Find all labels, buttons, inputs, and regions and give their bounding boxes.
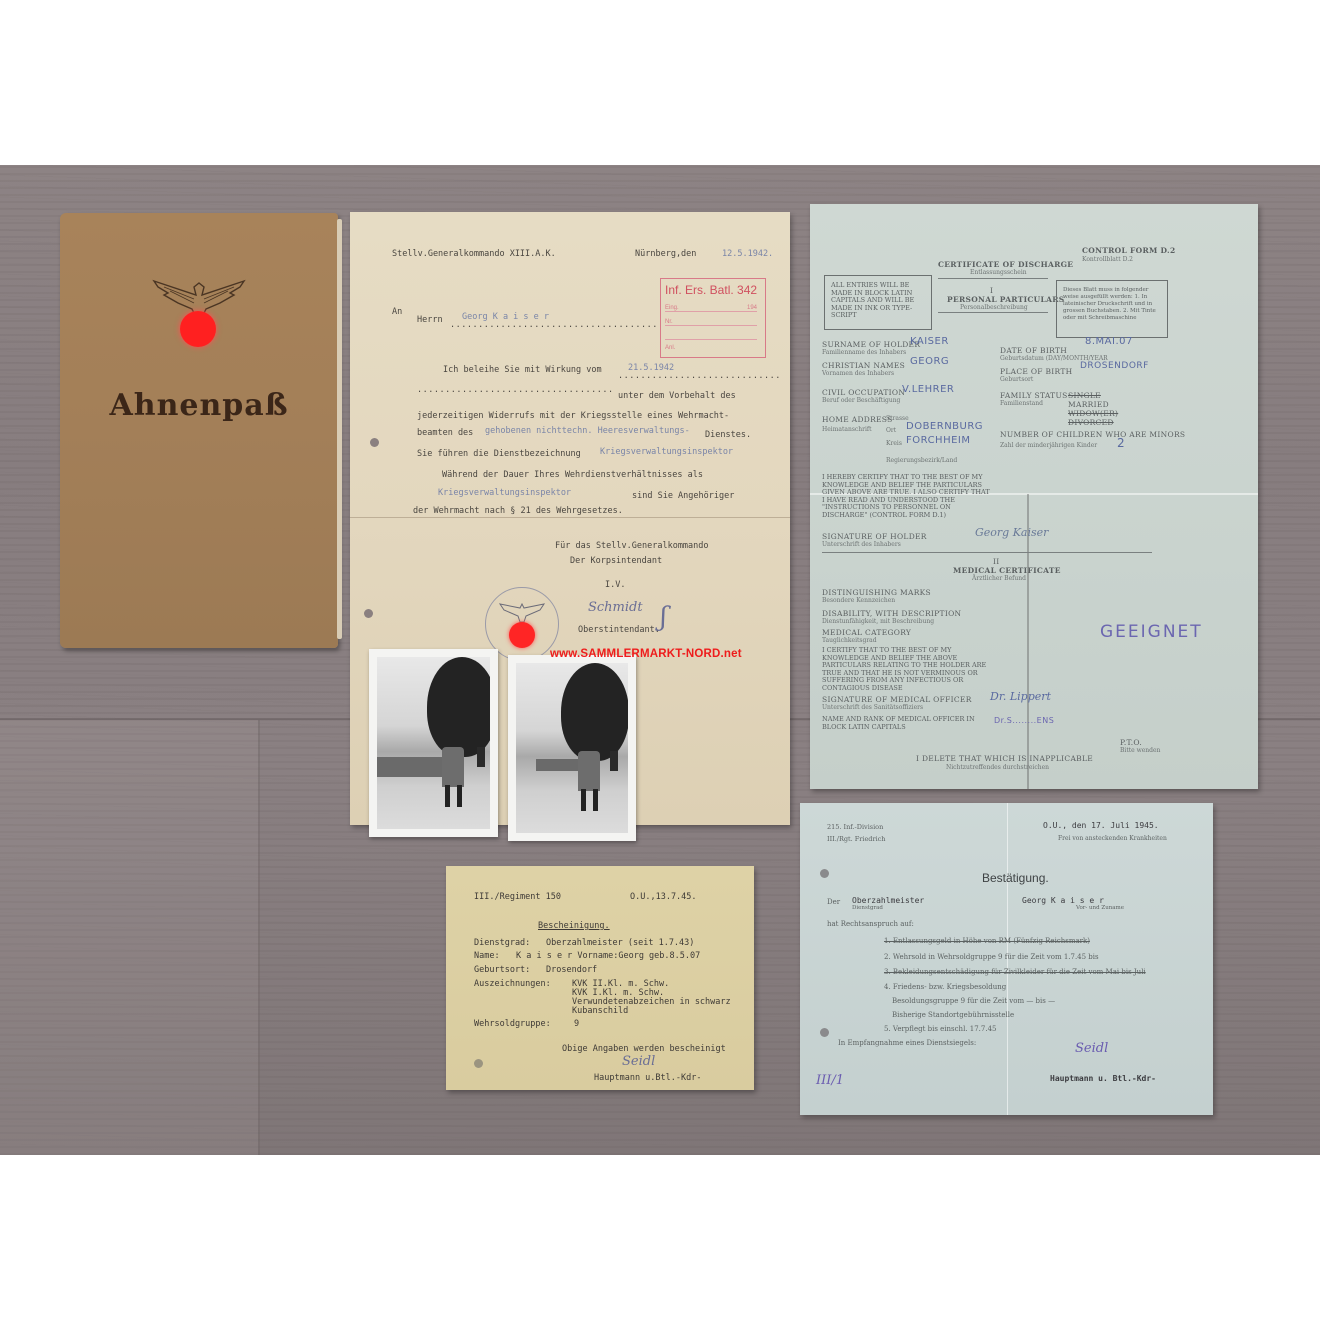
signature-medical-label-de: Unterschrift des Sanitätsoffiziers [822, 704, 923, 711]
obscured-emblem-dot [180, 311, 216, 347]
field-value-surname: KAISER [910, 336, 949, 347]
card-certify: Obige Angaben werden bescheinigt [562, 1044, 726, 1054]
medical-officer-signature: Dr. Lippert [990, 690, 1051, 703]
card-row-value: K a i s e r Vorname:Georg geb.8.5.07 [516, 951, 700, 961]
photo-soldier-2 [508, 655, 636, 841]
letter-body-line: jederzeitigen Widerrufs mit der Kriegsst… [417, 411, 729, 421]
rule [938, 312, 1048, 313]
letter-closing: I.V. [605, 580, 625, 590]
paper-fold [350, 517, 790, 518]
medical-field-label: MEDICAL CATEGORY [822, 628, 911, 637]
page-edges [337, 219, 342, 639]
best-title: Bestätigung. [982, 871, 1049, 885]
field-label-de: Familienstand [1000, 400, 1043, 407]
signature-holder-label: SIGNATURE OF HOLDER [822, 532, 927, 541]
battalion-receipt-stamp: Inf. Ers. Batl. 342 Eing.194 Nr. Anl. [660, 278, 766, 358]
pto-de: Bitte wenden [1120, 747, 1160, 754]
section-personal: PERSONAL PARTICULARS [947, 295, 1064, 304]
card-row-value: Kubanschild [572, 1006, 628, 1016]
delete-note-de: Nichtzutreffendes durchstreichen [946, 764, 1049, 771]
medical-field-label: DISTINGUISHING MARKS [822, 588, 931, 597]
instructions-text: ALL ENTRIES WILL BE MADE IN BLOCK LATIN … [831, 282, 925, 320]
field-label: FAMILY STATUS [1000, 391, 1068, 400]
boot [581, 789, 586, 811]
card-row-label: Auszeichnungen: [474, 979, 551, 989]
letter-date: 12.5.1942. [722, 249, 773, 259]
punch-hole [370, 438, 379, 447]
field-label: SURNAME OF HOLDER [822, 340, 920, 349]
best-place-date: O.U., den 17. Juli 1945. [1043, 821, 1159, 830]
instructions-box: ALL ENTRIES WILL BE MADE IN BLOCK LATIN … [824, 275, 932, 330]
german-instructions-text: Dieses Blatt muss in folgender weise aus… [1063, 287, 1161, 322]
section-number: I [990, 286, 993, 295]
field-value-dob: 8.MAI.07 [1085, 336, 1133, 347]
name-rank-value: Dr.S........ENS [994, 716, 1054, 725]
boot [445, 785, 450, 807]
card-row-label: Wehrsoldgruppe: [474, 1019, 551, 1029]
best-entitled: hat Rechtsanspruch auf: [827, 920, 914, 928]
best-item: Besoldungsgruppe 9 für die Zeit vom — bi… [892, 997, 1055, 1005]
letter-job-title-2: Kriegsverwaltungsinspektor [438, 488, 571, 498]
delete-note: I DELETE THAT WHICH IS INAPPLICABLE [916, 754, 1093, 763]
field-label-de: Beruf oder Beschäftigung [822, 397, 900, 404]
best-der: Der [827, 898, 840, 906]
rule [938, 278, 1048, 279]
best-rank-label: Dienstgrad [852, 905, 883, 911]
dotted-line: ................................... [417, 385, 614, 395]
letter-signer-title: Oberstintendant. [578, 625, 660, 635]
best-item: 5. Verpflegt bis einschl. 17.7.45 [884, 1025, 996, 1033]
card-signer: Hauptmann u.Btl.-Kdr- [594, 1073, 701, 1083]
field-label: CIVIL OCCUPATION [822, 388, 905, 397]
field-label: PLACE OF BIRTH [1000, 367, 1073, 376]
card-title: Bescheinigung. [538, 921, 610, 931]
discharge-title: CERTIFICATE OF DISCHARGE [938, 260, 1073, 269]
punch-hole [364, 609, 373, 618]
stamp-title: Inf. Ers. Batl. 342 [665, 283, 757, 297]
tree-trunk [610, 751, 618, 771]
best-rank: Oberzahlmeister [852, 896, 924, 905]
best-item: 1. Entlassungsgeld in Höhe von RM (Fünfz… [884, 937, 1090, 945]
german-instructions-box: Dieses Blatt muss in folgender weise aus… [1056, 280, 1168, 338]
medical-field-label-de: Tauglichkeitsgrad [822, 637, 877, 644]
best-name-label: Vor- und Zuname [1076, 905, 1124, 911]
letter-signature: Schmidt [588, 600, 643, 615]
letter-body-line: der Wehrmacht nach § 21 des Wehrgesetzes… [413, 506, 623, 516]
card-row-value: Oberzahlmeister (seit 1.7.43) [546, 938, 694, 948]
eagle-seal-icon [496, 602, 548, 624]
discharge-title-de: Entlassungsschein [970, 269, 1027, 276]
bestaetigung-document: 215. Inf.-Division III./Rgt. Friedrich O… [800, 803, 1213, 1115]
section-medical: MEDICAL CERTIFICATE [953, 566, 1061, 575]
photo-image [516, 663, 628, 833]
best-regiment: III./Rgt. Friedrich [827, 835, 885, 843]
field-value-address: DOBERNBURG FORCHHEIM [906, 420, 996, 448]
best-signer: Hauptmann u. Btl.-Kdr- [1050, 1074, 1156, 1083]
field-label-de: Familienname des Inhabers [822, 349, 906, 356]
field-label: CHRISTIAN NAMES [822, 361, 905, 370]
best-item: 2. Wehrsold in Wehrsoldgruppe 9 für die … [884, 953, 1099, 961]
medical-field-label-de: Dienstunfähigkeit, mit Beschreibung [822, 618, 934, 625]
tree [427, 657, 490, 757]
punch-hole [474, 1059, 483, 1068]
field-label-de: Heimatanschrift [822, 426, 872, 433]
field-label: NUMBER OF CHILDREN WHO ARE MINORS [1000, 430, 1185, 439]
dotted-line: ............................. [618, 371, 781, 381]
letter-body-line: Dienstes. [705, 430, 751, 440]
letter-job-title: Kriegsverwaltungsinspektor [600, 447, 733, 457]
card-row-value: 9 [574, 1019, 579, 1029]
booklet-title: Ahnenpaß [60, 388, 338, 423]
stamp-line: Anl. [665, 345, 757, 351]
field-label-de: Geburtsort [1000, 376, 1033, 383]
letter-place-label: Nürnberg,den [635, 249, 696, 259]
field-value-occupation: V.LEHRER [902, 384, 954, 395]
field-label-de: Vornamen des Inhabers [822, 370, 894, 377]
card-unit: III./Regiment 150 [474, 892, 561, 902]
name-rank-label: NAME AND RANK OF MEDICAL OFFICER IN BLOC… [822, 716, 982, 731]
field-value-christian-names: GEORG [910, 356, 949, 367]
dotted-line: ..................................... [450, 320, 658, 330]
best-signature: Seidl [1075, 1041, 1108, 1056]
signature-flourish: ʃ [660, 602, 667, 632]
soldier-figure [442, 747, 464, 787]
address-line-label: Ort [886, 427, 896, 434]
field-value-place-of-birth: DROSENDORF [1080, 361, 1149, 371]
tree-trunk [477, 747, 485, 767]
ahnenpass-booklet: Ahnenpaß [60, 213, 338, 648]
field-value-children: 2 [1117, 436, 1125, 450]
seller-watermark: www.SAMMLERMARKT-NORD.net [550, 648, 742, 660]
card-place-date: O.U.,13.7.45. [630, 892, 697, 902]
field-label: DATE OF BIRTH [1000, 346, 1067, 355]
best-item: 3. Bekleidungsentschädigung für Zivilkle… [884, 968, 1146, 976]
punch-hole [820, 1028, 829, 1037]
letter-body-line: Ich beleihe Sie mit Wirkung vom [443, 365, 602, 375]
family-option-selected: MARRIED [1068, 400, 1109, 409]
holder-certification: I HEREBY CERTIFY THAT TO THE BEST OF MY … [822, 474, 992, 519]
plank-highlight [0, 720, 260, 1155]
letter-body-line: Während der Dauer Ihres Wehrdienstverhäl… [442, 470, 703, 480]
letter-closing: Für das Stellv.Generalkommando [555, 541, 709, 551]
best-receipt: In Empfangnahme eines Dienstsiegels: [838, 1039, 976, 1047]
soldier-figure [578, 751, 600, 791]
field-label: HOME ADDRESS [822, 415, 893, 424]
signature-holder-label-de: Unterschrift des Inhabers [822, 541, 901, 548]
section-medical-de: Ärztlicher Befund [972, 575, 1026, 582]
letter-closing: Der Korpsintendant [570, 556, 662, 566]
boot [593, 789, 598, 811]
stamp-line: Eing.194 [665, 305, 757, 312]
control-form: CONTROL FORM D.2 [1082, 246, 1175, 255]
medical-field-label: DISABILITY, WITH DESCRIPTION [822, 609, 961, 618]
bescheinigung-card: III./Regiment 150 O.U.,13.7.45. Beschein… [446, 866, 754, 1090]
letter-sender: Stellv.Generalkommando XIII.A.K. [392, 249, 556, 259]
punch-hole [820, 869, 829, 878]
photo-image [377, 657, 490, 829]
stamp-line [665, 333, 757, 340]
certificate-of-discharge: CONTROL FORM D.2 Kontrollblatt D.2 CERTI… [810, 204, 1258, 789]
card-signature: Seidl [622, 1054, 655, 1069]
signature-medical-label: SIGNATURE OF MEDICAL OFFICER [822, 695, 972, 704]
letter-body-line: Sie führen die Dienstbezeichnung [417, 449, 581, 459]
address-line-label: Regierungsbezirk/Land [886, 457, 957, 464]
field-label-de: Zahl der minderjährigen Kinder [1000, 442, 1097, 449]
best-handwritten-mark: III/1 [816, 1073, 844, 1088]
medical-certification: I CERTIFY THAT TO THE BEST OF MY KNOWLED… [822, 647, 992, 692]
hedge [377, 757, 447, 777]
best-division: 215. Inf.-Division [827, 823, 883, 831]
boot [457, 785, 462, 807]
pto: P.T.O. [1120, 738, 1142, 747]
letter-service-type: gehobenen nichttechn. Heeresverwaltungs- [485, 426, 690, 436]
holder-signature: Georg Kaiser [975, 526, 1048, 539]
letter-body-line: sind Sie Angehöriger [632, 491, 734, 501]
letter-to: An [392, 307, 402, 317]
family-option: WIDOW(ER) [1068, 409, 1118, 418]
family-option: DIVORCED [1068, 418, 1114, 427]
rule [822, 552, 1152, 553]
section-personal-de: Personalbeschreibung [960, 304, 1028, 311]
letter-body-line: unter dem Vorbehalt des [618, 391, 736, 401]
stamp-line: Nr. [665, 319, 757, 326]
family-option: SINGLE [1068, 391, 1101, 400]
address-line-label: Kreis [886, 440, 902, 447]
best-free-note: Frei von ansteckenden Krankheiten [1058, 835, 1167, 842]
card-row-label: Name: [474, 951, 500, 961]
section-number: II [993, 557, 1000, 566]
card-row-label: Geburtsort: [474, 965, 530, 975]
obscured-emblem-dot [509, 622, 535, 648]
card-row-label: Dienstgrad: [474, 938, 530, 948]
letter-salutation: Herrn [417, 315, 443, 325]
photo-soldier-1 [369, 649, 498, 837]
best-item: Bisherige Standortgebührnisstelle [892, 1011, 1014, 1019]
tree [561, 663, 628, 761]
letter-body-line: beamten des [417, 428, 473, 438]
card-row-value: Drosendorf [546, 965, 597, 975]
medical-stamp-geeignet: GEEIGNET [1100, 622, 1203, 642]
control-form-de: Kontrollblatt D.2 [1082, 256, 1133, 263]
medical-field-label-de: Besondere Kennzeichen [822, 597, 895, 604]
best-name: Georg K a i s e r [1022, 896, 1104, 905]
best-item: 4. Friedens- bzw. Kriegsbesoldung [884, 983, 1006, 991]
